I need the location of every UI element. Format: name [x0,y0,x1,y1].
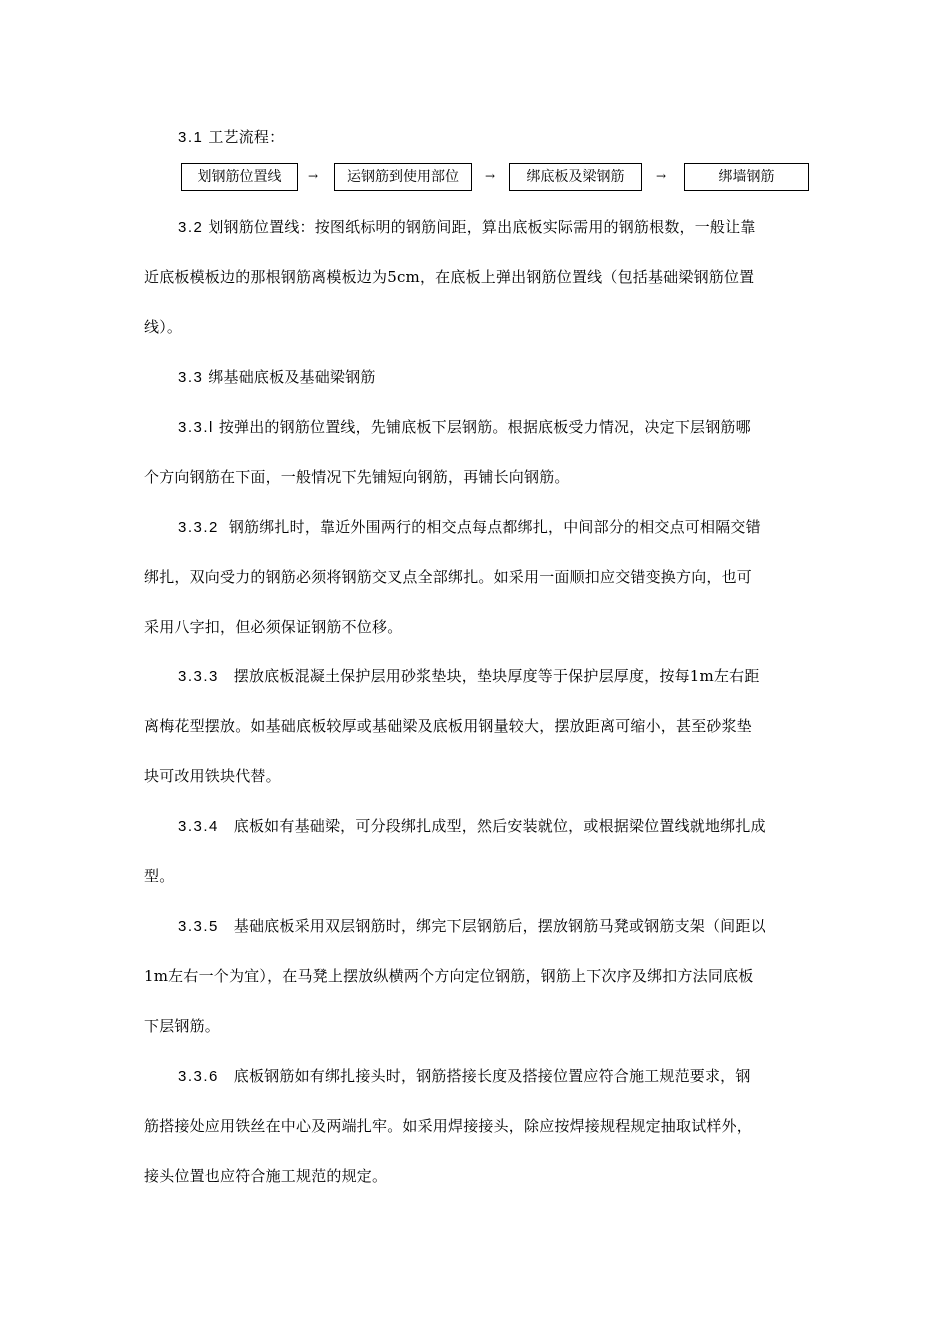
paragraph-3-3-5-line-2: 1m左右一个为宜），在马凳上摆放纵横两个方向定位钢筋，钢筋上下次序及绑扣方法同底… [144,966,808,986]
section-number: 3.3.6 [178,1068,219,1085]
section-heading-3-1: 3.1 工艺流程： [178,127,808,148]
paragraph-3-3-4-line-2: 型。 [144,866,808,886]
paragraph-3-3-3-line-1: 3.3.3 摆放底板混凝土保护层用砂浆垫块，垫块厚度等于保护层厚度，按每1m左右… [178,666,808,687]
paragraph-3-3-3-line-2: 离梅花型摆放。如基础底板较厚或基础梁及底板用钢量较大，摆放距离可缩小，甚至砂浆垫 [144,716,808,736]
paragraph-3-3-6-line-3: 接头位置也应符合施工规范的规定。 [144,1166,808,1186]
section-number: 3.3 [178,369,203,386]
paragraph-text: 底板钢筋如有绑扎接头时，钢筋搭接长度及搭接位置应符合施工规范要求，钢 [234,1067,751,1085]
paragraph-3-3-4-line-1: 3.3.4 底板如有基础梁，可分段绑扎成型，然后安装就位，或根据梁位置线就地绑扎… [178,816,808,837]
section-number: 3.3.4 [178,818,219,835]
flow-step-2: 运钢筋到使用部位 [334,163,472,191]
section-heading-3-3: 3.3 绑基础底板及基础梁钢筋 [178,367,808,388]
paragraph-text: 划钢筋位置线：按图纸标明的钢筋间距，算出底板实际需用的钢筋根数，一般让靠 [208,218,755,236]
arrow-right-icon: → [656,166,666,186]
arrow-right-icon: → [485,166,495,186]
paragraph-3-3-2-line-2: 绑扎，双向受力的钢筋必须将钢筋交叉点全部绑扎。如采用一面顺扣应交错变换方向，也可 [144,567,808,587]
flow-step-4: 绑墙钢筋 [684,163,809,191]
paragraph-3-2-line-2: 近底板模板边的那根钢筋离模板边为5cm，在底板上弹出钢筋位置线（包括基础梁钢筋位… [144,267,808,287]
paragraph-3-3-6-line-1: 3.3.6 底板钢筋如有绑扎接头时，钢筋搭接长度及搭接位置应符合施工规范要求，钢 [178,1066,808,1087]
section-number: 3.3.2 [178,519,219,536]
section-number: 3.2 [178,219,203,236]
paragraph-3-3-6-line-2: 筋搭接处应用铁丝在中心及两端扎牢。如采用焊接接头，除应按焊接规程规定抽取试样外， [144,1116,808,1136]
paragraph-text: 基础底板采用双层钢筋时，绑完下层钢筋后，摆放钢筋马凳或钢筋支架（间距以 [234,917,766,935]
paragraph-3-3-1-line-1: 3.3.l 按弹出的钢筋位置线，先铺底板下层钢筋。根据底板受力情况，决定下层钢筋… [178,417,808,438]
section-number: 3.3.3 [178,668,219,685]
paragraph-3-3-1-line-2: 个方向钢筋在下面，一般情况下先铺短向钢筋，再铺长向钢筋。 [144,467,808,487]
paragraph-text: 按弹出的钢筋位置线，先铺底板下层钢筋。根据底板受力情况，决定下层钢筋哪 [219,418,751,436]
paragraph-3-2-line-3: 线）。 [144,317,808,337]
flow-step-3: 绑底板及梁钢筋 [509,163,642,191]
paragraph-3-3-2-line-3: 采用八字扣，但必须保证钢筋不位移。 [144,617,808,637]
paragraph-text: 钢筋绑扎时，靠近外围两行的相交点每点都绑扎，中间部分的相交点可相隔交错 [229,518,761,536]
paragraph-3-3-3-line-3: 块可改用铁块代替。 [144,766,808,786]
section-number: 3.3.5 [178,918,219,935]
section-title: 绑基础底板及基础梁钢筋 [208,368,375,386]
flow-step-1: 划钢筋位置线 [181,163,298,191]
document-page: 3.1 工艺流程： 划钢筋位置线 → 运钢筋到使用部位 → 绑底板及梁钢筋 → … [0,0,950,1344]
paragraph-3-3-5-line-1: 3.3.5 基础底板采用双层钢筋时，绑完下层钢筋后，摆放钢筋马凳或钢筋支架（间距… [178,916,808,937]
section-title: 工艺流程： [208,128,284,146]
paragraph-3-3-5-line-3: 下层钢筋。 [144,1016,808,1036]
paragraph-3-3-2-line-1: 3.3.2 钢筋绑扎时，靠近外围两行的相交点每点都绑扎，中间部分的相交点可相隔交… [178,517,808,538]
section-number: 3.3.l [178,419,214,436]
section-number: 3.1 [178,129,203,146]
arrow-right-icon: → [308,166,318,186]
paragraph-text: 底板如有基础梁，可分段绑扎成型，然后安装就位，或根据梁位置线就地绑扎成 [234,817,766,835]
paragraph-text: 摆放底板混凝土保护层用砂浆垫块，垫块厚度等于保护层厚度，按每1m左右距 [234,667,760,685]
paragraph-3-2-line-1: 3.2 划钢筋位置线：按图纸标明的钢筋间距，算出底板实际需用的钢筋根数，一般让靠 [178,217,808,238]
